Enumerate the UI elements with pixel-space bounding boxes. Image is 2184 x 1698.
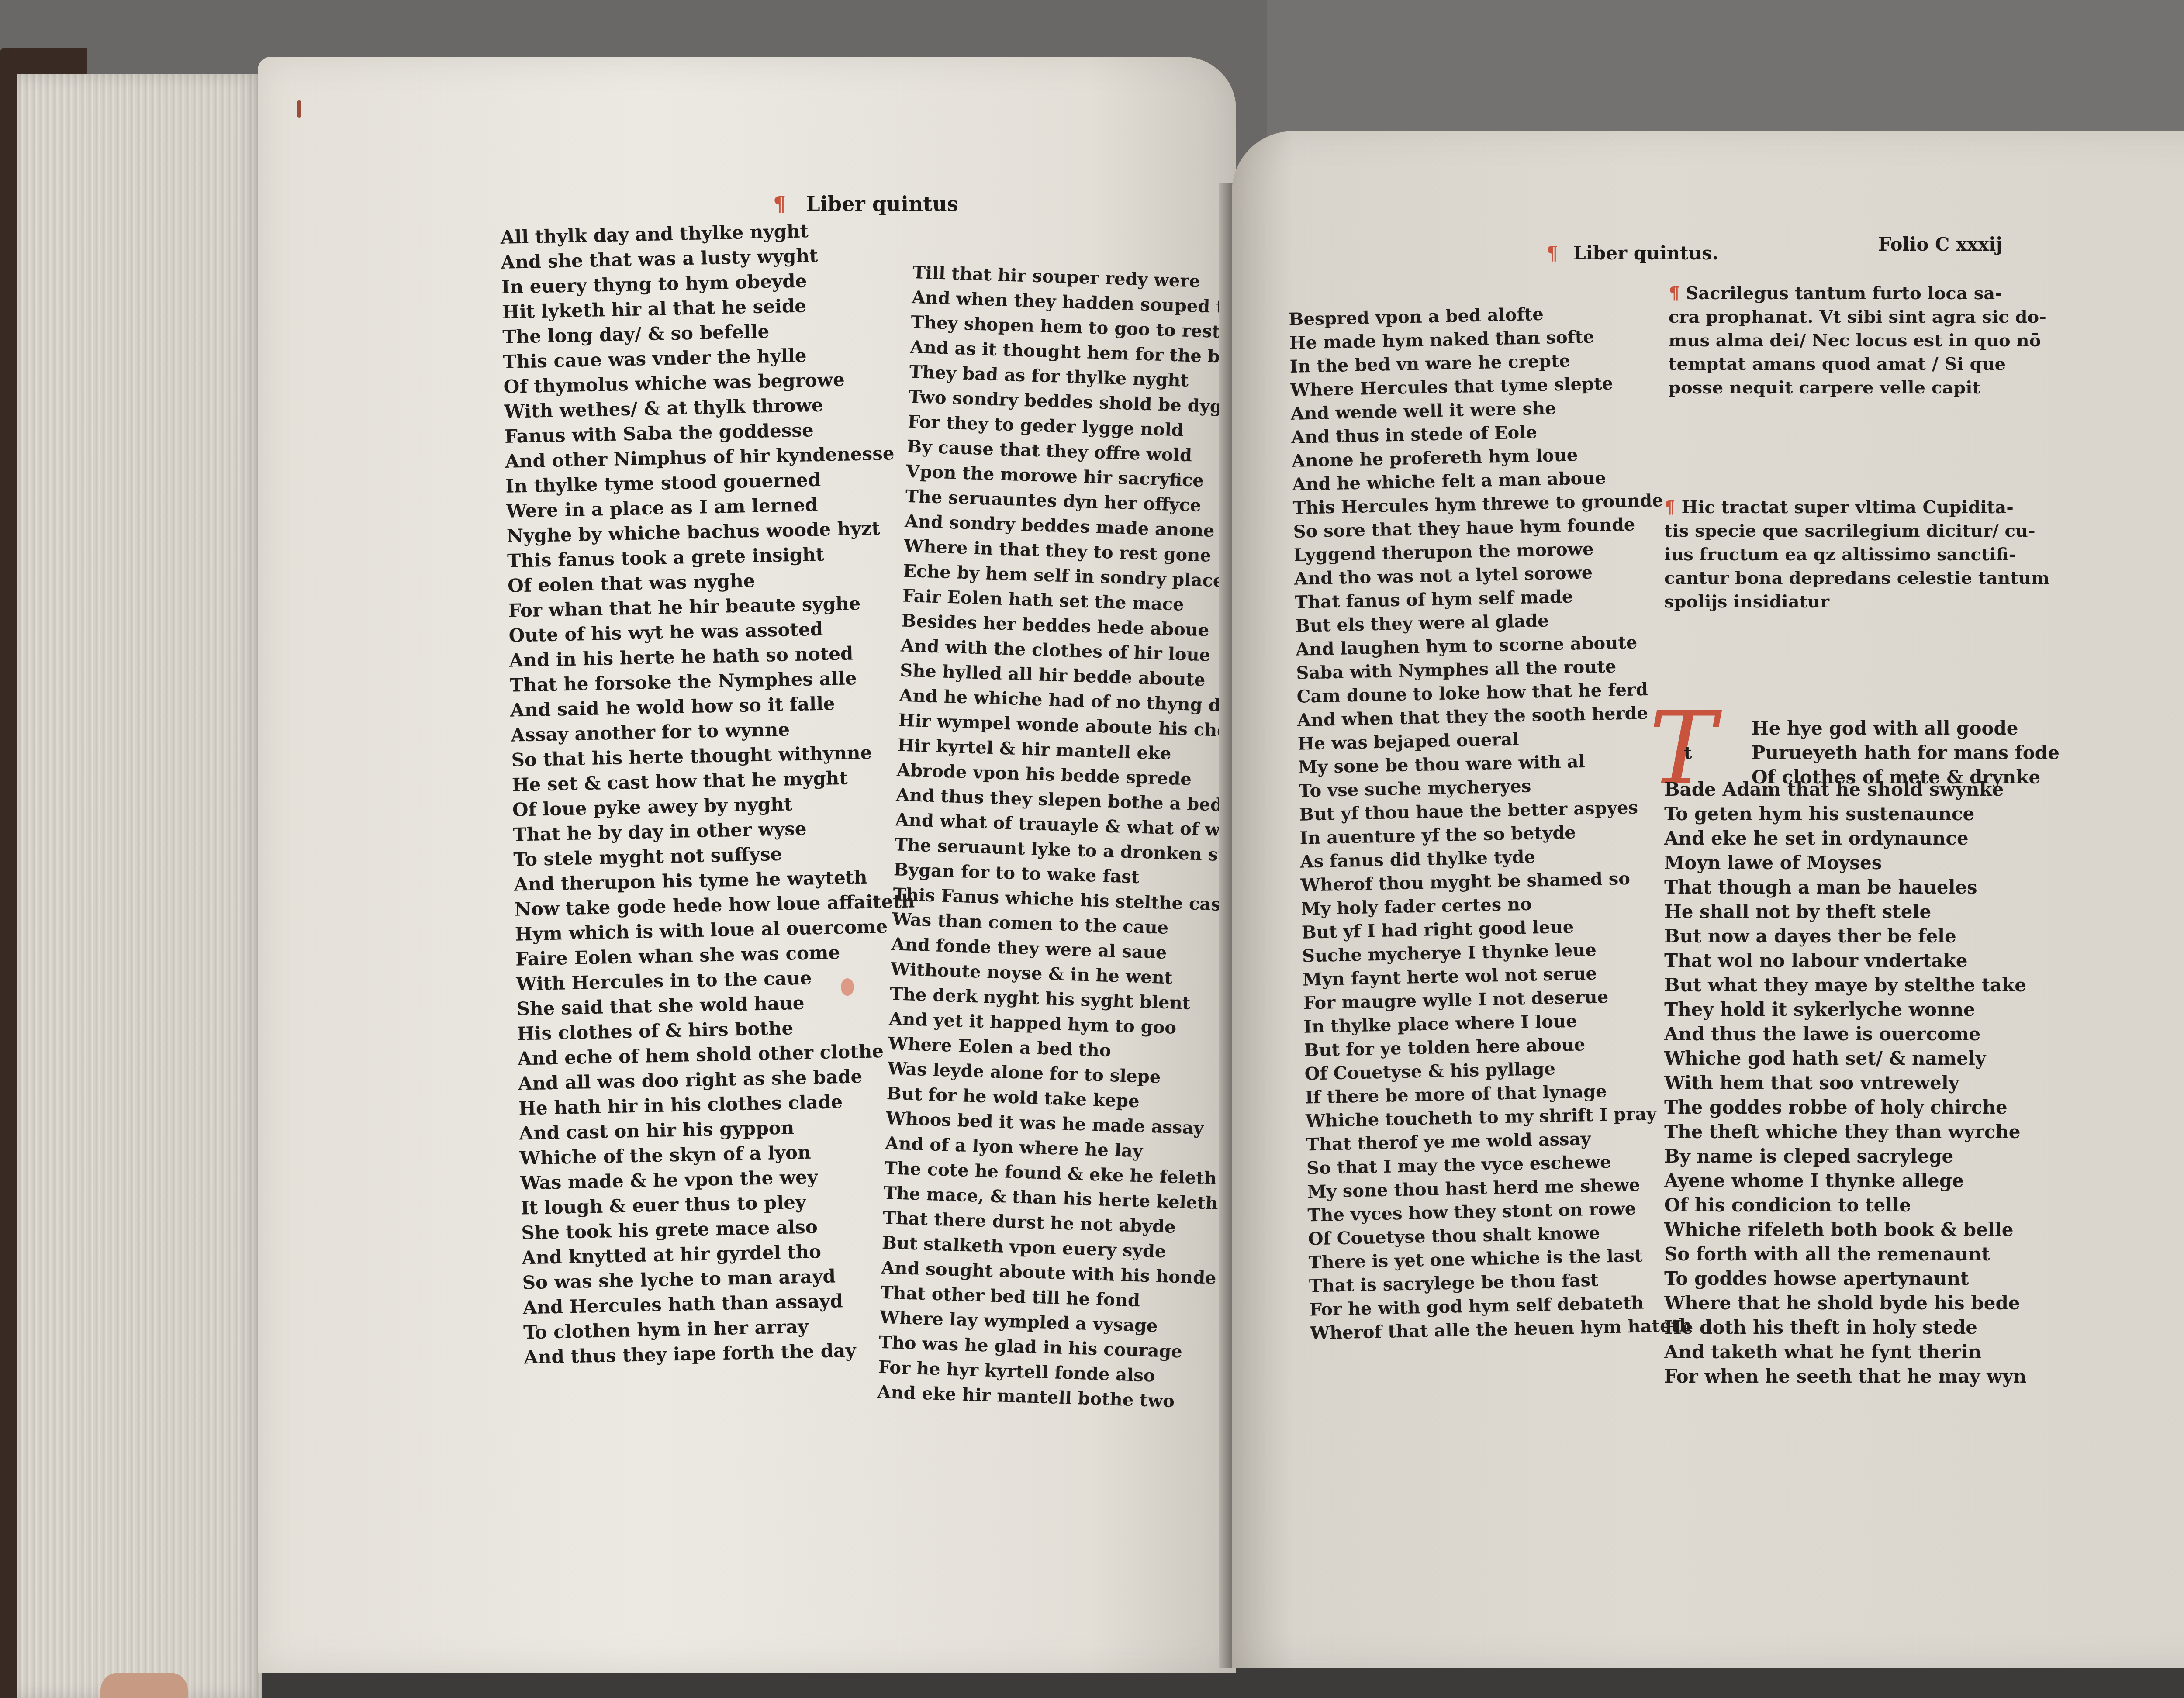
verse-line: So forth with all the remenaunt — [1664, 1242, 2026, 1267]
latin-line: mus alma dei/ Nec locus est in quo nō — [1669, 329, 2046, 352]
verse-line: They hold it sykerlyche wonne — [1664, 997, 2026, 1022]
gloss-line: tis specie que sacrilegium dicitur/ cu- — [1664, 519, 2049, 543]
verse-line: Ayene whome I thynke allege — [1664, 1169, 2026, 1193]
pilcrow-icon: ¶ — [1664, 497, 1675, 518]
verse-line: Moyn lawe of Moyses — [1664, 851, 2026, 875]
verse-line: That though a man be haueles — [1664, 875, 2026, 900]
verse-line: Of his condicion to telle — [1664, 1193, 2026, 1218]
verse-line: He doth his theft in holy stede — [1664, 1315, 2026, 1340]
verse-line: For when he seeth that he may wyn — [1664, 1364, 2026, 1389]
page-block-fore-edge — [17, 74, 262, 1698]
verse-line: Where that he shold byde his bede — [1664, 1291, 2026, 1315]
verse-line: Whiche rifeleth both book & belle — [1664, 1218, 2026, 1242]
running-head-title: Liber quintus — [806, 192, 958, 216]
latin-verse-block: ¶ Sacrilegus tantum furto loca sa- cra p… — [1669, 282, 2046, 400]
right-page-column-1: Bespred vpon a bed alofte He made hym na… — [1289, 300, 1692, 1346]
verse-line: And thus the lawe is ouercome — [1664, 1022, 2026, 1046]
left-running-head: ¶ Liber quintus — [773, 192, 958, 216]
running-head-title: Liber quintus. — [1573, 242, 1718, 264]
background-wall-right — [1267, 0, 2184, 153]
verse-line: To geten hym his sustenaunce — [1664, 802, 2026, 826]
gloss-line: ius fructum ea qz altissimo sanctifi- — [1664, 543, 2049, 566]
latin-line: cra prophanat. Vt sibi sint agra sic do- — [1669, 305, 2046, 329]
verse-line: To goddes howse apertynaunt — [1664, 1267, 2026, 1291]
right-running-head: ¶ Liber quintus. — [1546, 242, 1718, 264]
pilcrow-icon: ¶ — [1546, 242, 1558, 264]
verse-line: And eke he set in ordynaunce — [1664, 826, 2026, 851]
verse-line: The goddes robbe of holy chirche — [1664, 1095, 2026, 1120]
verse-line: But now a dayes ther be fele — [1664, 924, 2026, 949]
verse-line: Bade Adam that he shold swynke — [1664, 777, 2026, 802]
folio-number: Folio C xxxij — [1878, 234, 2002, 255]
verse-line: But what they maye by stelthe take — [1664, 973, 2026, 997]
left-page-column-2: Till that hir souper redy were And when … — [877, 260, 1278, 1416]
latin-gloss-block: ¶ Hic tractat super vltima Cupidita- tis… — [1664, 496, 2049, 614]
verse-line: Whiche god hath set/ & namely — [1664, 1046, 2026, 1071]
verse-line: He shall not by theft stele — [1664, 900, 2026, 924]
verse-line: With hem that soo vntrewely — [1664, 1071, 2026, 1095]
verse-line: By name is cleped sacrylege — [1664, 1144, 2026, 1169]
latin-line: Sacrilegus tantum furto loca sa- — [1686, 283, 2002, 304]
guide-letter: t — [1684, 742, 1692, 763]
verse-line: He hye god with all goode — [1752, 716, 2060, 741]
gloss-line: Hic tractat super vltima Cupidita- — [1681, 497, 2013, 518]
latin-line: temptat amans quod amat / Si que — [1669, 352, 2046, 376]
left-page-column-1: All thylk day and thylke nyght And she t… — [500, 217, 924, 1370]
verse-line: Purueyeth hath for mans fode — [1752, 741, 2060, 765]
gloss-line: spolijs insidiatur — [1664, 590, 2049, 614]
right-page-column-2: Bade Adam that he shold swynke To geten … — [1664, 777, 2026, 1389]
finger-holding-page — [100, 1673, 188, 1698]
verse-line: And taketh what he fynt therin — [1664, 1340, 2026, 1364]
pilcrow-icon: ¶ — [1669, 283, 1679, 304]
pilcrow-icon: ¶ — [773, 192, 786, 216]
verse-line: The theft whiche they than wyrche — [1664, 1120, 2026, 1144]
gloss-line: cantur bona depredans celestie tantum — [1664, 566, 2049, 590]
red-marginal-mark — [297, 100, 301, 118]
verse-line: That wol no labour vndertake — [1664, 949, 2026, 973]
latin-line: posse nequit carpere velle capit — [1669, 376, 2046, 400]
